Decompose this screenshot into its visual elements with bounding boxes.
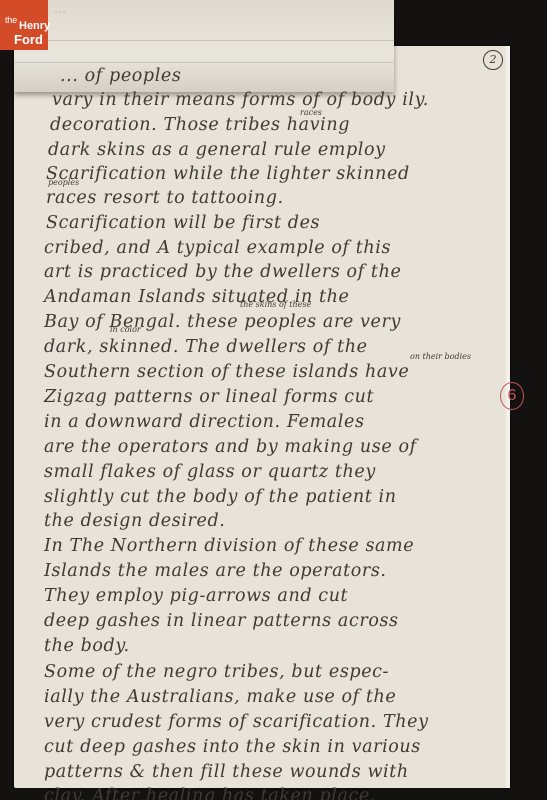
text-line: small flakes of glass or quartz they xyxy=(44,462,376,482)
insertion-note: on their bodies xyxy=(410,352,471,361)
text-line: Some of the negro tribes, but espec- xyxy=(44,662,389,682)
text-line: dark skins as a general rule employ xyxy=(48,140,386,160)
text-line: decoration. Those tribes having xyxy=(50,115,350,135)
text-line: They employ pig-arrows and cut xyxy=(44,586,348,606)
insertion-note: peoples xyxy=(48,178,79,187)
text-line: patterns & then fill these wounds with xyxy=(44,762,409,782)
text-line: slightly cut the body of the patient in xyxy=(44,487,397,507)
text-line: cut deep gashes into the skin in various xyxy=(44,737,421,757)
text-line: Zigzag patterns or lineal forms cut xyxy=(44,387,374,407)
text-line: In The Northern division of these same xyxy=(44,536,414,556)
text-line: races resort to tattooing. xyxy=(46,188,284,208)
margin-mark: 6 xyxy=(500,382,524,410)
text-line: the design desired. xyxy=(44,511,225,531)
text-line: Bay of Bengal. these peoples are very xyxy=(44,312,401,332)
text-line: dark, skinned. The dwellers of the xyxy=(44,337,368,357)
insertion-note: the skins of these xyxy=(240,300,311,309)
page-number: 2 xyxy=(483,50,503,70)
logo-henry: Henry xyxy=(19,20,50,32)
text-line: Scarification will be first des xyxy=(46,213,320,233)
insertion-note: in color xyxy=(110,325,141,334)
page-edge xyxy=(506,46,510,788)
text-line: clay. After healing has taken place. xyxy=(44,786,376,800)
insertion-note: races xyxy=(300,108,322,117)
text-line: the body. xyxy=(44,636,130,656)
text-line: ... of peoples xyxy=(60,66,181,86)
text-line: Southern section of these islands have xyxy=(44,362,409,382)
fold-ghost-text: ... xyxy=(54,2,66,17)
text-line: ially the Australians, make use of the xyxy=(44,687,396,707)
text-line: deep gashes in linear patterns across xyxy=(44,611,399,631)
logo-the: the xyxy=(5,15,17,25)
text-line: Scarification while the lighter skinned xyxy=(46,164,410,184)
text-line: vary in their means forms of of body ily… xyxy=(52,90,429,110)
fold-crease xyxy=(14,62,394,63)
text-line: in a downward direction. Females xyxy=(44,412,365,432)
fold-crease xyxy=(14,40,394,41)
logo-ford: Ford xyxy=(14,32,43,47)
text-line: very crudest forms of scarification. The… xyxy=(44,712,429,732)
text-line: cribed, and A typical example of this xyxy=(44,238,391,258)
text-line: art is practiced by the dwellers of the xyxy=(44,262,401,282)
text-line: are the operators and by making use of xyxy=(44,437,417,457)
henry-ford-logo: the Henry Ford xyxy=(0,0,48,50)
text-line: Islands the males are the operators. xyxy=(44,561,387,581)
